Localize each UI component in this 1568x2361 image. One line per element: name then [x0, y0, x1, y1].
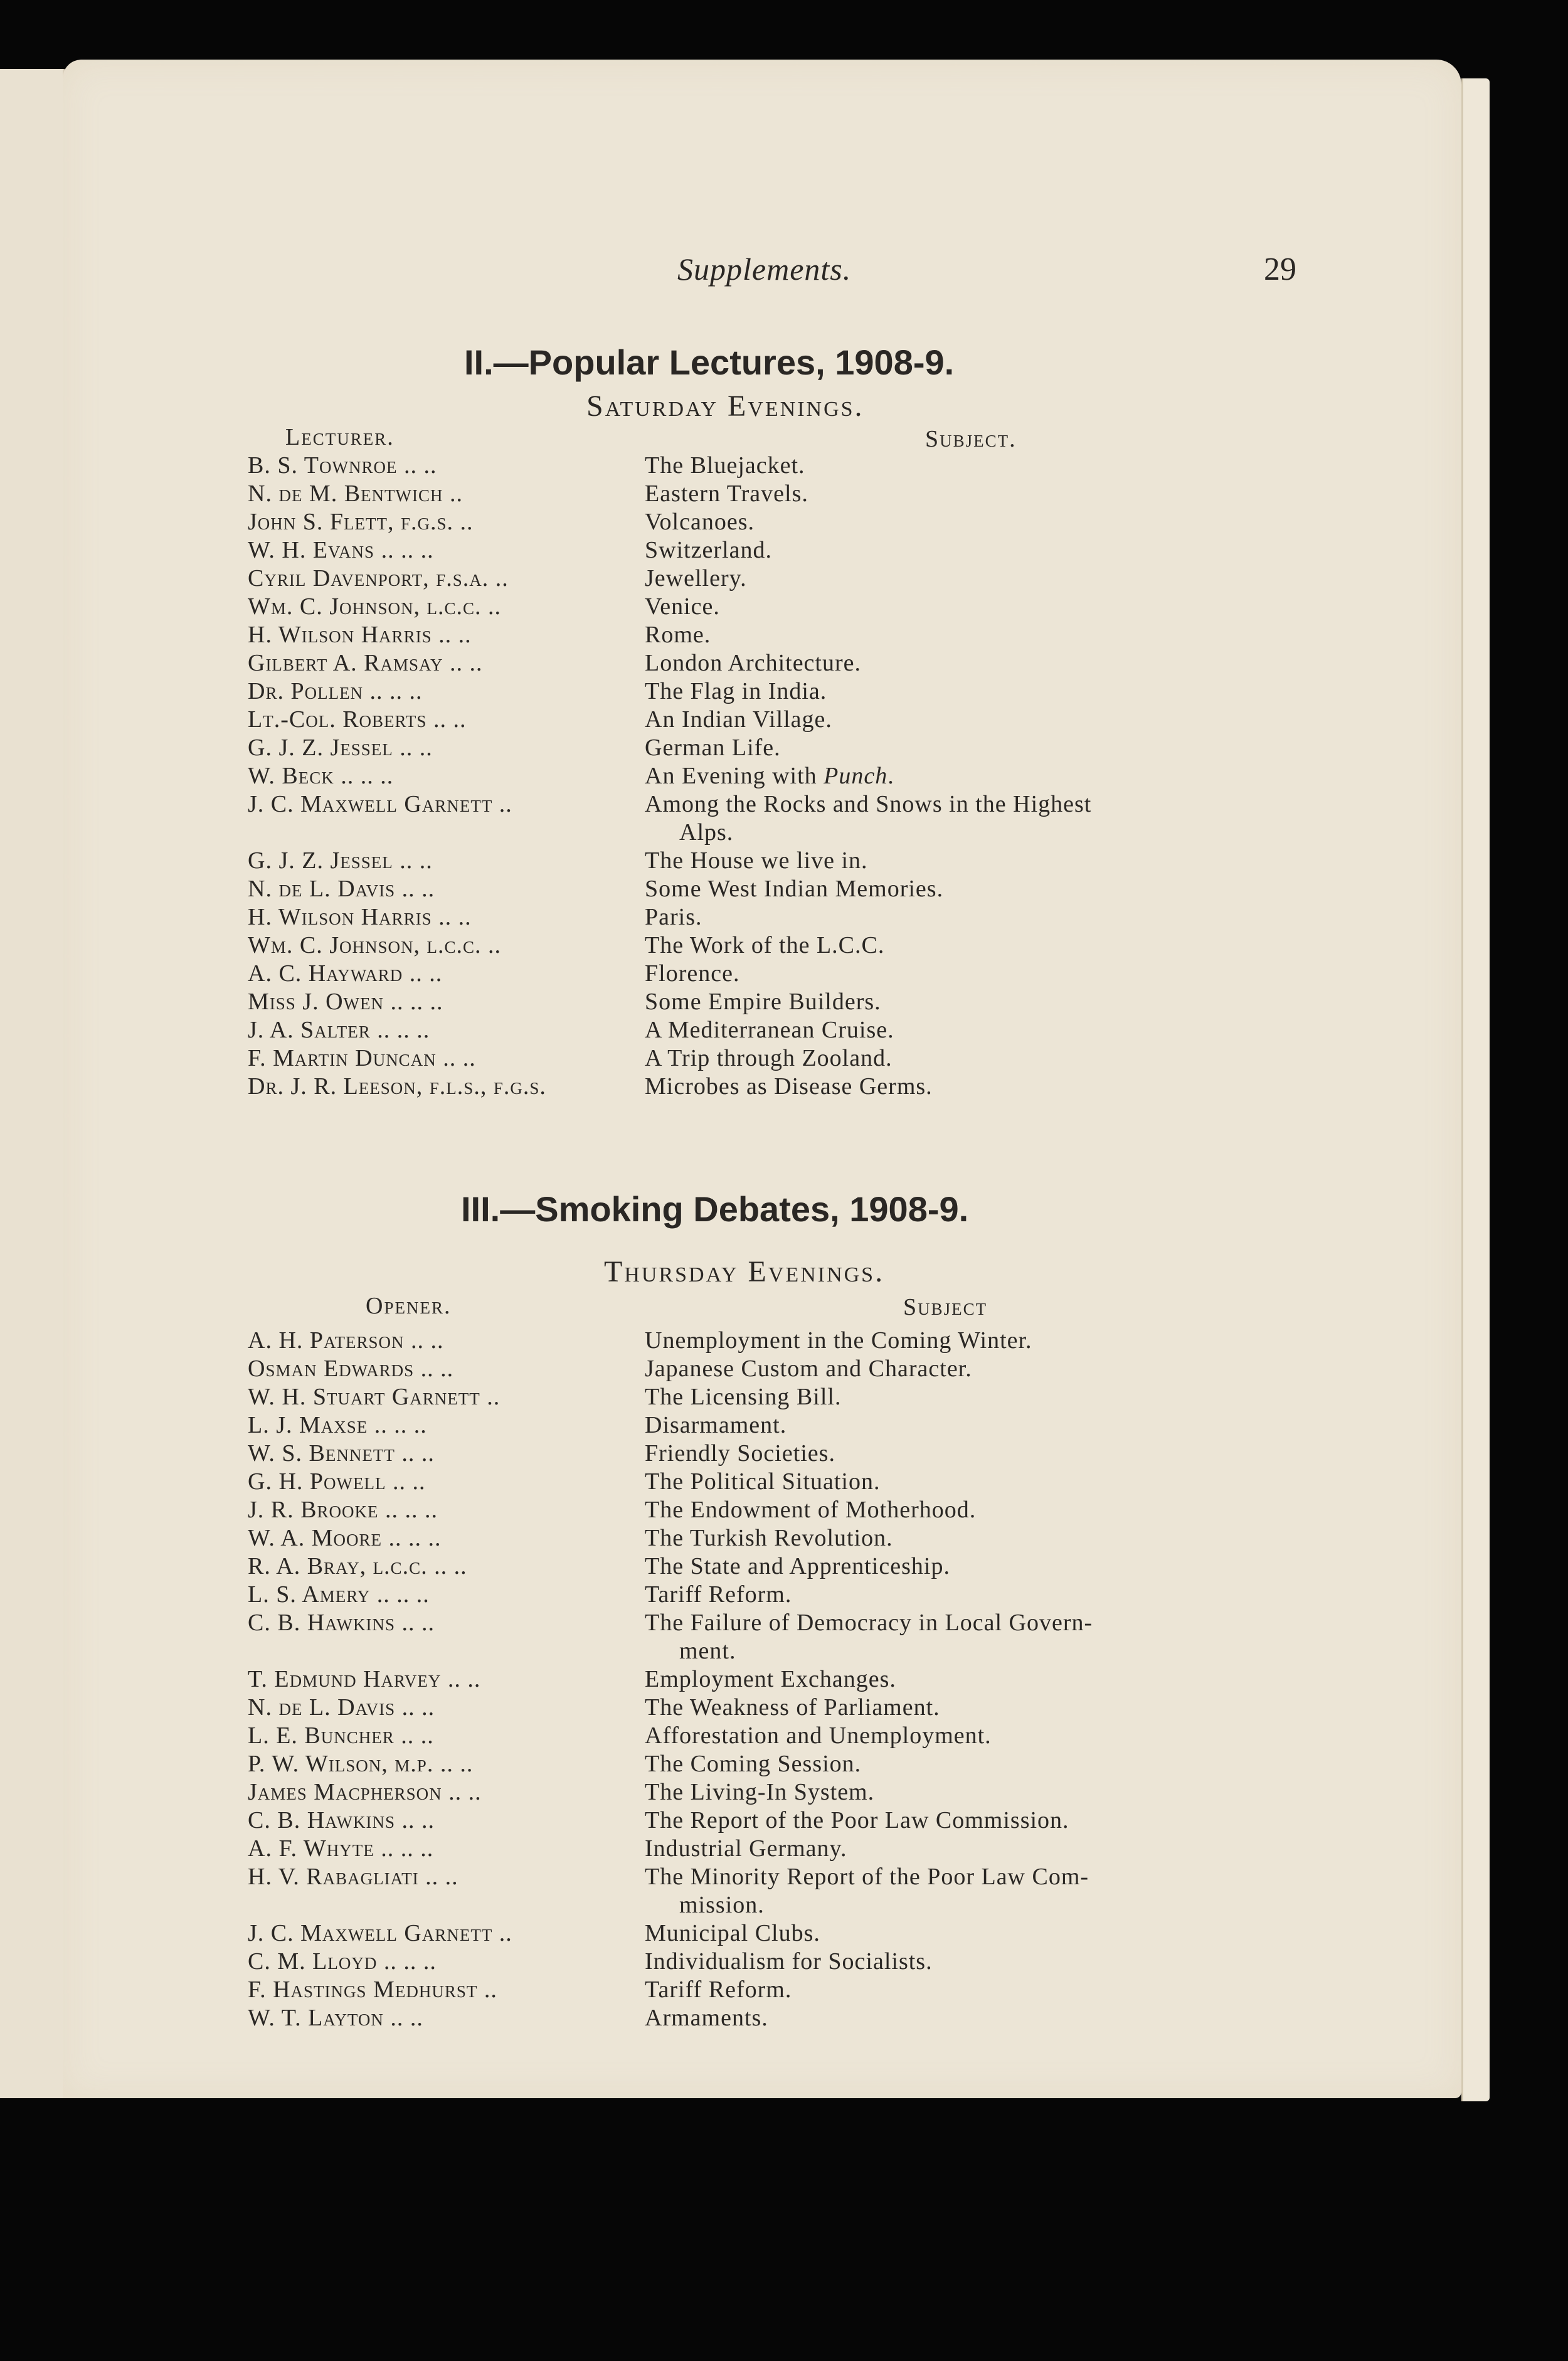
section-2-subtitle: Saturday Evenings.	[586, 389, 864, 423]
subject-text: Municipal Clubs.	[659, 1919, 1314, 1948]
list-item: C. B. Hawkins .. ..The Report of the Poo…	[248, 1807, 1314, 1835]
lecturer-name: A. C. Hayward .. ..	[248, 960, 659, 988]
subject-text: Some Empire Builders.	[659, 988, 1314, 1016]
subject-main: A Mediterranean Cruise.	[645, 1017, 894, 1043]
subject-text: Japanese Custom and Character.	[659, 1355, 1314, 1383]
opener-name: C. M. Lloyd .. .. ..	[248, 1948, 659, 1976]
lecturer-name: F. Martin Duncan .. ..	[248, 1044, 659, 1073]
opener-name: L. J. Maxse .. .. ..	[248, 1411, 659, 1440]
lecturer-name: W. Beck .. .. ..	[248, 762, 659, 790]
subject-main: An Evening with	[645, 763, 824, 789]
list-item: H. Wilson Harris .. ..Rome.	[248, 621, 1314, 649]
subject-text: An Evening with Punch.	[659, 762, 1314, 790]
section-2-col-lecturer: Lecturer.	[285, 423, 395, 451]
subject-main: The Political Situation.	[645, 1468, 880, 1495]
subject-text: The Coming Session.	[659, 1750, 1314, 1778]
subject-after: .	[887, 763, 894, 789]
list-item: G. H. Powell .. ..The Political Situatio…	[248, 1468, 1314, 1496]
subject-text: Unemployment in the Coming Winter.	[659, 1327, 1314, 1355]
list-item: N. de M. Bentwich ..Eastern Travels.	[248, 480, 1314, 508]
opener-name: W. A. Moore .. .. ..	[248, 1524, 659, 1552]
lecturer-name: Lt.-Col. Roberts .. ..	[248, 706, 659, 734]
opener-name: A. F. Whyte .. .. ..	[248, 1835, 659, 1863]
lecturer-name: Miss J. Owen .. .. ..	[248, 988, 659, 1016]
list-item: Wm. C. Johnson, l.c.c. ..The Work of the…	[248, 931, 1314, 960]
subject-text: Eastern Travels.	[659, 480, 1314, 508]
list-item: W. H. Evans .. .. ..Switzerland.	[248, 536, 1314, 565]
list-item: W. A. Moore .. .. ..The Turkish Revoluti…	[248, 1524, 1314, 1552]
list-item: J. C. Maxwell Garnett ..Municipal Clubs.	[248, 1919, 1314, 1948]
list-item: A. C. Hayward .. ..Florence.	[248, 960, 1314, 988]
list-item: J. A. Salter .. .. ..A Mediterranean Cru…	[248, 1016, 1314, 1044]
opener-name: James Macpherson .. ..	[248, 1778, 659, 1807]
opener-name: R. A. Bray, l.c.c. .. ..	[248, 1552, 659, 1581]
lecturer-name: H. Wilson Harris .. ..	[248, 903, 659, 931]
section-2-title: II.—Popular Lectures, 1908-9.	[464, 342, 954, 383]
subject-text: Armaments.	[659, 2004, 1314, 2032]
opener-name: T. Edmund Harvey .. ..	[248, 1665, 659, 1694]
subject-italic: Punch	[824, 763, 887, 789]
page-number: 29	[1264, 251, 1296, 288]
subject-text: Among the Rocks and Snows in the Highest…	[659, 790, 1314, 847]
opener-name: N. de L. Davis .. ..	[248, 1694, 659, 1722]
lecturer-name: Dr. J. R. Leeson, f.l.s., f.g.s.	[248, 1073, 659, 1101]
subject-text: Afforestation and Unemployment.	[659, 1722, 1314, 1750]
subject-text: Venice.	[659, 593, 1314, 621]
subject-main: Industrial Germany.	[645, 1835, 847, 1862]
list-item: Miss J. Owen .. .. ..Some Empire Builder…	[248, 988, 1314, 1016]
subject-text: A Trip through Zooland.	[659, 1044, 1314, 1073]
subject-text: The Weakness of Parliament.	[659, 1694, 1314, 1722]
subject-continuation: mission.	[659, 1891, 1314, 1919]
lecturer-name: J. C. Maxwell Garnett ..	[248, 790, 659, 819]
opener-name: G. H. Powell .. ..	[248, 1468, 659, 1496]
list-item: James Macpherson .. ..The Living-In Syst…	[248, 1778, 1314, 1807]
subject-text: The Bluejacket.	[659, 452, 1314, 480]
subject-main: Employment Exchanges.	[645, 1666, 896, 1692]
list-item: H. V. Rabagliati .. ..The Minority Repor…	[248, 1863, 1314, 1919]
subject-main: Among the Rocks and Snows in the Highest	[645, 791, 1091, 817]
subject-main: The Bluejacket.	[645, 452, 805, 479]
opener-name: C. B. Hawkins .. ..	[248, 1807, 659, 1835]
list-item: B. S. Townroe .. ..The Bluejacket.	[248, 452, 1314, 480]
subject-main: Switzerland.	[645, 537, 772, 563]
list-item: G. J. Z. Jessel .. ..The House we live i…	[248, 847, 1314, 875]
list-item: J. C. Maxwell Garnett ..Among the Rocks …	[248, 790, 1314, 847]
subject-main: Eastern Travels.	[645, 480, 808, 507]
subject-text: The Political Situation.	[659, 1468, 1314, 1496]
subject-text: Microbes as Disease Germs.	[659, 1073, 1314, 1101]
subject-main: The Work of the L.C.C.	[645, 932, 884, 958]
subject-main: The Minority Report of the Poor Law Com-	[645, 1864, 1089, 1890]
list-item: Lt.-Col. Roberts .. ..An Indian Village.	[248, 706, 1314, 734]
list-item: F. Hastings Medhurst ..Tariff Reform.	[248, 1976, 1314, 2004]
lectures-list: B. S. Townroe .. ..The Bluejacket.N. de …	[248, 452, 1314, 1101]
subject-main: Disarmament.	[645, 1412, 787, 1438]
subject-text: The Flag in India.	[659, 677, 1314, 706]
subject-main: Japanese Custom and Character.	[645, 1356, 972, 1382]
section-3-col-opener: Opener.	[366, 1292, 451, 1320]
subject-main: The State and Apprenticeship.	[645, 1553, 950, 1579]
subject-main: The House we live in.	[645, 847, 868, 874]
opener-name: W. H. Stuart Garnett ..	[248, 1383, 659, 1411]
list-item: C. B. Hawkins .. ..The Failure of Democr…	[248, 1609, 1314, 1665]
subject-text: Employment Exchanges.	[659, 1665, 1314, 1694]
subject-main: The Living-In System.	[645, 1779, 874, 1805]
running-title: Supplements.	[677, 251, 851, 287]
list-item: Gilbert A. Ramsay .. ..London Architectu…	[248, 649, 1314, 677]
list-item: C. M. Lloyd .. .. ..Individualism for So…	[248, 1948, 1314, 1976]
lecturer-name: Wm. C. Johnson, l.c.c. ..	[248, 931, 659, 960]
subject-main: Tariff Reform.	[645, 1581, 792, 1608]
subject-main: The Coming Session.	[645, 1751, 861, 1777]
subject-main: Tariff Reform.	[645, 1976, 792, 2003]
list-item: L. S. Amery .. .. ..Tariff Reform.	[248, 1581, 1314, 1609]
opener-name: W. T. Layton .. ..	[248, 2004, 659, 2032]
list-item: R. A. Bray, l.c.c. .. ..The State and Ap…	[248, 1552, 1314, 1581]
list-item: L. J. Maxse .. .. ..Disarmament.	[248, 1411, 1314, 1440]
list-item: Osman Edwards .. ..Japanese Custom and C…	[248, 1355, 1314, 1383]
subject-text: The Endowment of Motherhood.	[659, 1496, 1314, 1524]
subject-text: London Architecture.	[659, 649, 1314, 677]
subject-text: Disarmament.	[659, 1411, 1314, 1440]
list-item: N. de L. Davis .. ..Some West Indian Mem…	[248, 875, 1314, 903]
opener-name: L. S. Amery .. .. ..	[248, 1581, 659, 1609]
subject-main: German Life.	[645, 735, 781, 761]
subject-continuation: ment.	[659, 1637, 1314, 1665]
list-item: A. F. Whyte .. .. ..Industrial Germany.	[248, 1835, 1314, 1863]
subject-text: The House we live in.	[659, 847, 1314, 875]
subject-text: Individualism for Socialists.	[659, 1948, 1314, 1976]
subject-main: Individualism for Socialists.	[645, 1948, 933, 1975]
subject-main: Municipal Clubs.	[645, 1920, 820, 1946]
subject-main: The Failure of Democracy in Local Govern…	[645, 1610, 1093, 1636]
facing-page-edge	[0, 69, 65, 2098]
subject-text: Volcanoes.	[659, 508, 1314, 536]
lecturer-name: J. A. Salter .. .. ..	[248, 1016, 659, 1044]
list-item: L. E. Buncher .. ..Afforestation and Une…	[248, 1722, 1314, 1750]
list-item: F. Martin Duncan .. ..A Trip through Zoo…	[248, 1044, 1314, 1073]
list-item: W. S. Bennett .. ..Friendly Societies.	[248, 1440, 1314, 1468]
subject-text: The Turkish Revolution.	[659, 1524, 1314, 1552]
subject-main: Jewellery.	[645, 565, 747, 592]
list-item: N. de L. Davis .. ..The Weakness of Parl…	[248, 1694, 1314, 1722]
list-item: Cyril Davenport, f.s.a. ..Jewellery.	[248, 565, 1314, 593]
subject-text: The Report of the Poor Law Commission.	[659, 1807, 1314, 1835]
subject-text: A Mediterranean Cruise.	[659, 1016, 1314, 1044]
list-item: A. H. Paterson .. ..Unemployment in the …	[248, 1327, 1314, 1355]
list-item: Wm. C. Johnson, l.c.c. ..Venice.	[248, 593, 1314, 621]
page-stack-edge	[1461, 78, 1490, 2101]
opener-name: A. H. Paterson .. ..	[248, 1327, 659, 1355]
list-item: Dr. J. R. Leeson, f.l.s., f.g.s.Microbes…	[248, 1073, 1314, 1101]
subject-main: A Trip through Zooland.	[645, 1045, 893, 1071]
opener-name: H. V. Rabagliati .. ..	[248, 1863, 659, 1891]
list-item: John S. Flett, f.g.s. ..Volcanoes.	[248, 508, 1314, 536]
list-item: P. W. Wilson, m.p. .. ..The Coming Sessi…	[248, 1750, 1314, 1778]
lecturer-name: Cyril Davenport, f.s.a. ..	[248, 565, 659, 593]
subject-main: London Architecture.	[645, 650, 861, 676]
subject-text: Tariff Reform.	[659, 1976, 1314, 2004]
subject-text: An Indian Village.	[659, 706, 1314, 734]
list-item: T. Edmund Harvey .. ..Employment Exchang…	[248, 1665, 1314, 1694]
subject-text: Friendly Societies.	[659, 1440, 1314, 1468]
lecturer-name: G. J. Z. Jessel .. ..	[248, 847, 659, 875]
subject-main: Unemployment in the Coming Winter.	[645, 1327, 1032, 1354]
subject-text: Florence.	[659, 960, 1314, 988]
section-3-title: III.—Smoking Debates, 1908-9.	[461, 1189, 968, 1229]
lecturer-name: B. S. Townroe .. ..	[248, 452, 659, 480]
lecturer-name: N. de M. Bentwich ..	[248, 480, 659, 508]
subject-text: The Minority Report of the Poor Law Com-…	[659, 1863, 1314, 1919]
subject-main: Some West Indian Memories.	[645, 876, 943, 902]
lecturer-name: Gilbert A. Ramsay .. ..	[248, 649, 659, 677]
subject-main: The Licensing Bill.	[645, 1384, 841, 1410]
subject-main: The Report of the Poor Law Commission.	[645, 1807, 1069, 1833]
subject-continuation: Alps.	[659, 819, 1314, 847]
subject-main: Microbes as Disease Germs.	[645, 1073, 933, 1100]
opener-name: W. S. Bennett .. ..	[248, 1440, 659, 1468]
subject-text: Jewellery.	[659, 565, 1314, 593]
section-2-col-subject: Subject.	[925, 425, 1017, 453]
lecturer-name: John S. Flett, f.g.s. ..	[248, 508, 659, 536]
subject-text: Switzerland.	[659, 536, 1314, 565]
subject-main: Volcanoes.	[645, 509, 755, 535]
subject-text: The Licensing Bill.	[659, 1383, 1314, 1411]
list-item: W. H. Stuart Garnett ..The Licensing Bil…	[248, 1383, 1314, 1411]
list-item: W. T. Layton .. ..Armaments.	[248, 2004, 1314, 2032]
debates-list: A. H. Paterson .. ..Unemployment in the …	[248, 1327, 1314, 2032]
section-3-col-subject: Subject	[903, 1293, 987, 1321]
subject-text: Industrial Germany.	[659, 1835, 1314, 1863]
subject-text: The Failure of Democracy in Local Govern…	[659, 1609, 1314, 1665]
lecturer-name: Dr. Pollen .. .. ..	[248, 677, 659, 706]
subject-main: The Weakness of Parliament.	[645, 1694, 940, 1721]
opener-name: J. C. Maxwell Garnett ..	[248, 1919, 659, 1948]
lecturer-name: Wm. C. Johnson, l.c.c. ..	[248, 593, 659, 621]
opener-name: C. B. Hawkins .. ..	[248, 1609, 659, 1637]
subject-text: The Work of the L.C.C.	[659, 931, 1314, 960]
subject-text: The Living-In System.	[659, 1778, 1314, 1807]
list-item: J. R. Brooke .. .. ..The Endowment of Mo…	[248, 1496, 1314, 1524]
opener-name: L. E. Buncher .. ..	[248, 1722, 659, 1750]
opener-name: F. Hastings Medhurst ..	[248, 1976, 659, 2004]
list-item: W. Beck .. .. ..An Evening with Punch.	[248, 762, 1314, 790]
opener-name: J. R. Brooke .. .. ..	[248, 1496, 659, 1524]
lecturer-name: G. J. Z. Jessel .. ..	[248, 734, 659, 762]
lecturer-name: W. H. Evans .. .. ..	[248, 536, 659, 565]
list-item: Dr. Pollen .. .. ..The Flag in India.	[248, 677, 1314, 706]
subject-main: The Turkish Revolution.	[645, 1525, 893, 1551]
subject-main: The Flag in India.	[645, 678, 827, 704]
subject-main: The Endowment of Motherhood.	[645, 1497, 976, 1523]
subject-text: Paris.	[659, 903, 1314, 931]
subject-main: Armaments.	[645, 2005, 768, 2031]
section-3-subtitle: Thursday Evenings.	[604, 1255, 884, 1289]
opener-name: Osman Edwards .. ..	[248, 1355, 659, 1383]
subject-text: Tariff Reform.	[659, 1581, 1314, 1609]
subject-main: Friendly Societies.	[645, 1440, 835, 1467]
opener-name: P. W. Wilson, m.p. .. ..	[248, 1750, 659, 1778]
list-item: G. J. Z. Jessel .. ..German Life.	[248, 734, 1314, 762]
list-item: H. Wilson Harris .. ..Paris.	[248, 903, 1314, 931]
subject-text: German Life.	[659, 734, 1314, 762]
lecturer-name: N. de L. Davis .. ..	[248, 875, 659, 903]
lecturer-name: H. Wilson Harris .. ..	[248, 621, 659, 649]
subject-main: Some Empire Builders.	[645, 989, 881, 1015]
subject-main: Florence.	[645, 960, 739, 987]
subject-text: The State and Apprenticeship.	[659, 1552, 1314, 1581]
subject-main: Afforestation and Unemployment.	[645, 1722, 992, 1749]
subject-text: Rome.	[659, 621, 1314, 649]
subject-main: An Indian Village.	[645, 706, 832, 733]
subject-text: Some West Indian Memories.	[659, 875, 1314, 903]
